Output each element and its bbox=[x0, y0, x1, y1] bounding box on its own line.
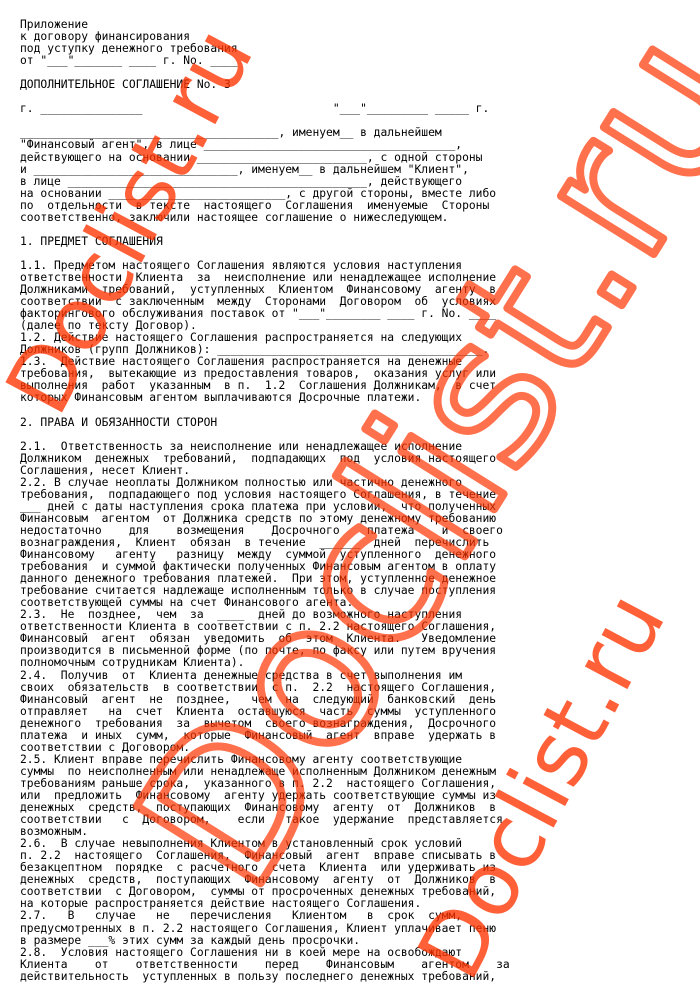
document-line: и ______________________________, именуе… bbox=[20, 164, 510, 176]
document-line: предусмотренных в п. 2.2 настоящего Согл… bbox=[20, 923, 510, 935]
document-line: соответственно, заключили настоящее согл… bbox=[20, 212, 510, 224]
document-line: денежного требования за вычетом своего в… bbox=[20, 718, 510, 730]
document-line: 1. ПРЕДМЕТ СОГЛАШЕНИЯ bbox=[20, 236, 510, 248]
document-line: ДОПОЛНИТЕЛЬНОЕ СОГЛАШЕНИЕ No. 3 bbox=[20, 79, 510, 91]
document-line: от "___"_______ ____ г. No. ____ bbox=[20, 55, 510, 67]
document-line: полномочным сотрудникам Клиента). bbox=[20, 657, 510, 669]
document-line: г. _______________ "___"_________ _____ … bbox=[20, 103, 510, 115]
document-line: по отдельности в тексте настоящего Согла… bbox=[20, 200, 510, 212]
document-line: 2.7. В случае не перечисления Клиентом в… bbox=[20, 910, 510, 922]
document-line: "Финансовый агент", в лице _____________… bbox=[20, 139, 510, 151]
document-line: Клиента от ответственности перед Финансо… bbox=[20, 959, 510, 971]
document-line: 2.8. Условия настоящего Соглашения ни в … bbox=[20, 947, 510, 959]
document-body: Приложениек договору финансированияпод у… bbox=[20, 19, 510, 983]
document-line: Должником денежных требований, подпадающ… bbox=[20, 453, 510, 465]
document-line: платежа и иных сумм, которые Финансовый … bbox=[20, 730, 510, 742]
blank-line bbox=[20, 405, 510, 417]
document-line: 2. ПРАВА И ОБЯЗАННОСТИ СТОРОН bbox=[20, 417, 510, 429]
document-line: действительность уступленных в пользу по… bbox=[20, 971, 510, 983]
document-line: соответствии с Договором, если такое уде… bbox=[20, 814, 510, 826]
document-line: на основании __________________________,… bbox=[20, 188, 510, 200]
document-line: действующего на основании ______________… bbox=[20, 152, 510, 164]
document-line: своих обязательств в соответствии с п. 2… bbox=[20, 682, 510, 694]
document-line: Финансовый агент не позднее, чем на след… bbox=[20, 694, 510, 706]
document-line: в лице _________________________________… bbox=[20, 176, 510, 188]
blank-line bbox=[20, 429, 510, 441]
document-line: 2.4. Получив от Клиента денежные средств… bbox=[20, 670, 510, 682]
document-line: 2.1. Ответственность за неисполнение или… bbox=[20, 441, 510, 453]
document-line: в размере ___% этих сумм за каждый день … bbox=[20, 935, 510, 947]
document-line: которых Финансовым агентом выплачиваются… bbox=[20, 392, 510, 404]
document-line: отправляет на счет Клиента оставшуюся ча… bbox=[20, 706, 510, 718]
document-line: Соглашения, несет Клиент. bbox=[20, 465, 510, 477]
